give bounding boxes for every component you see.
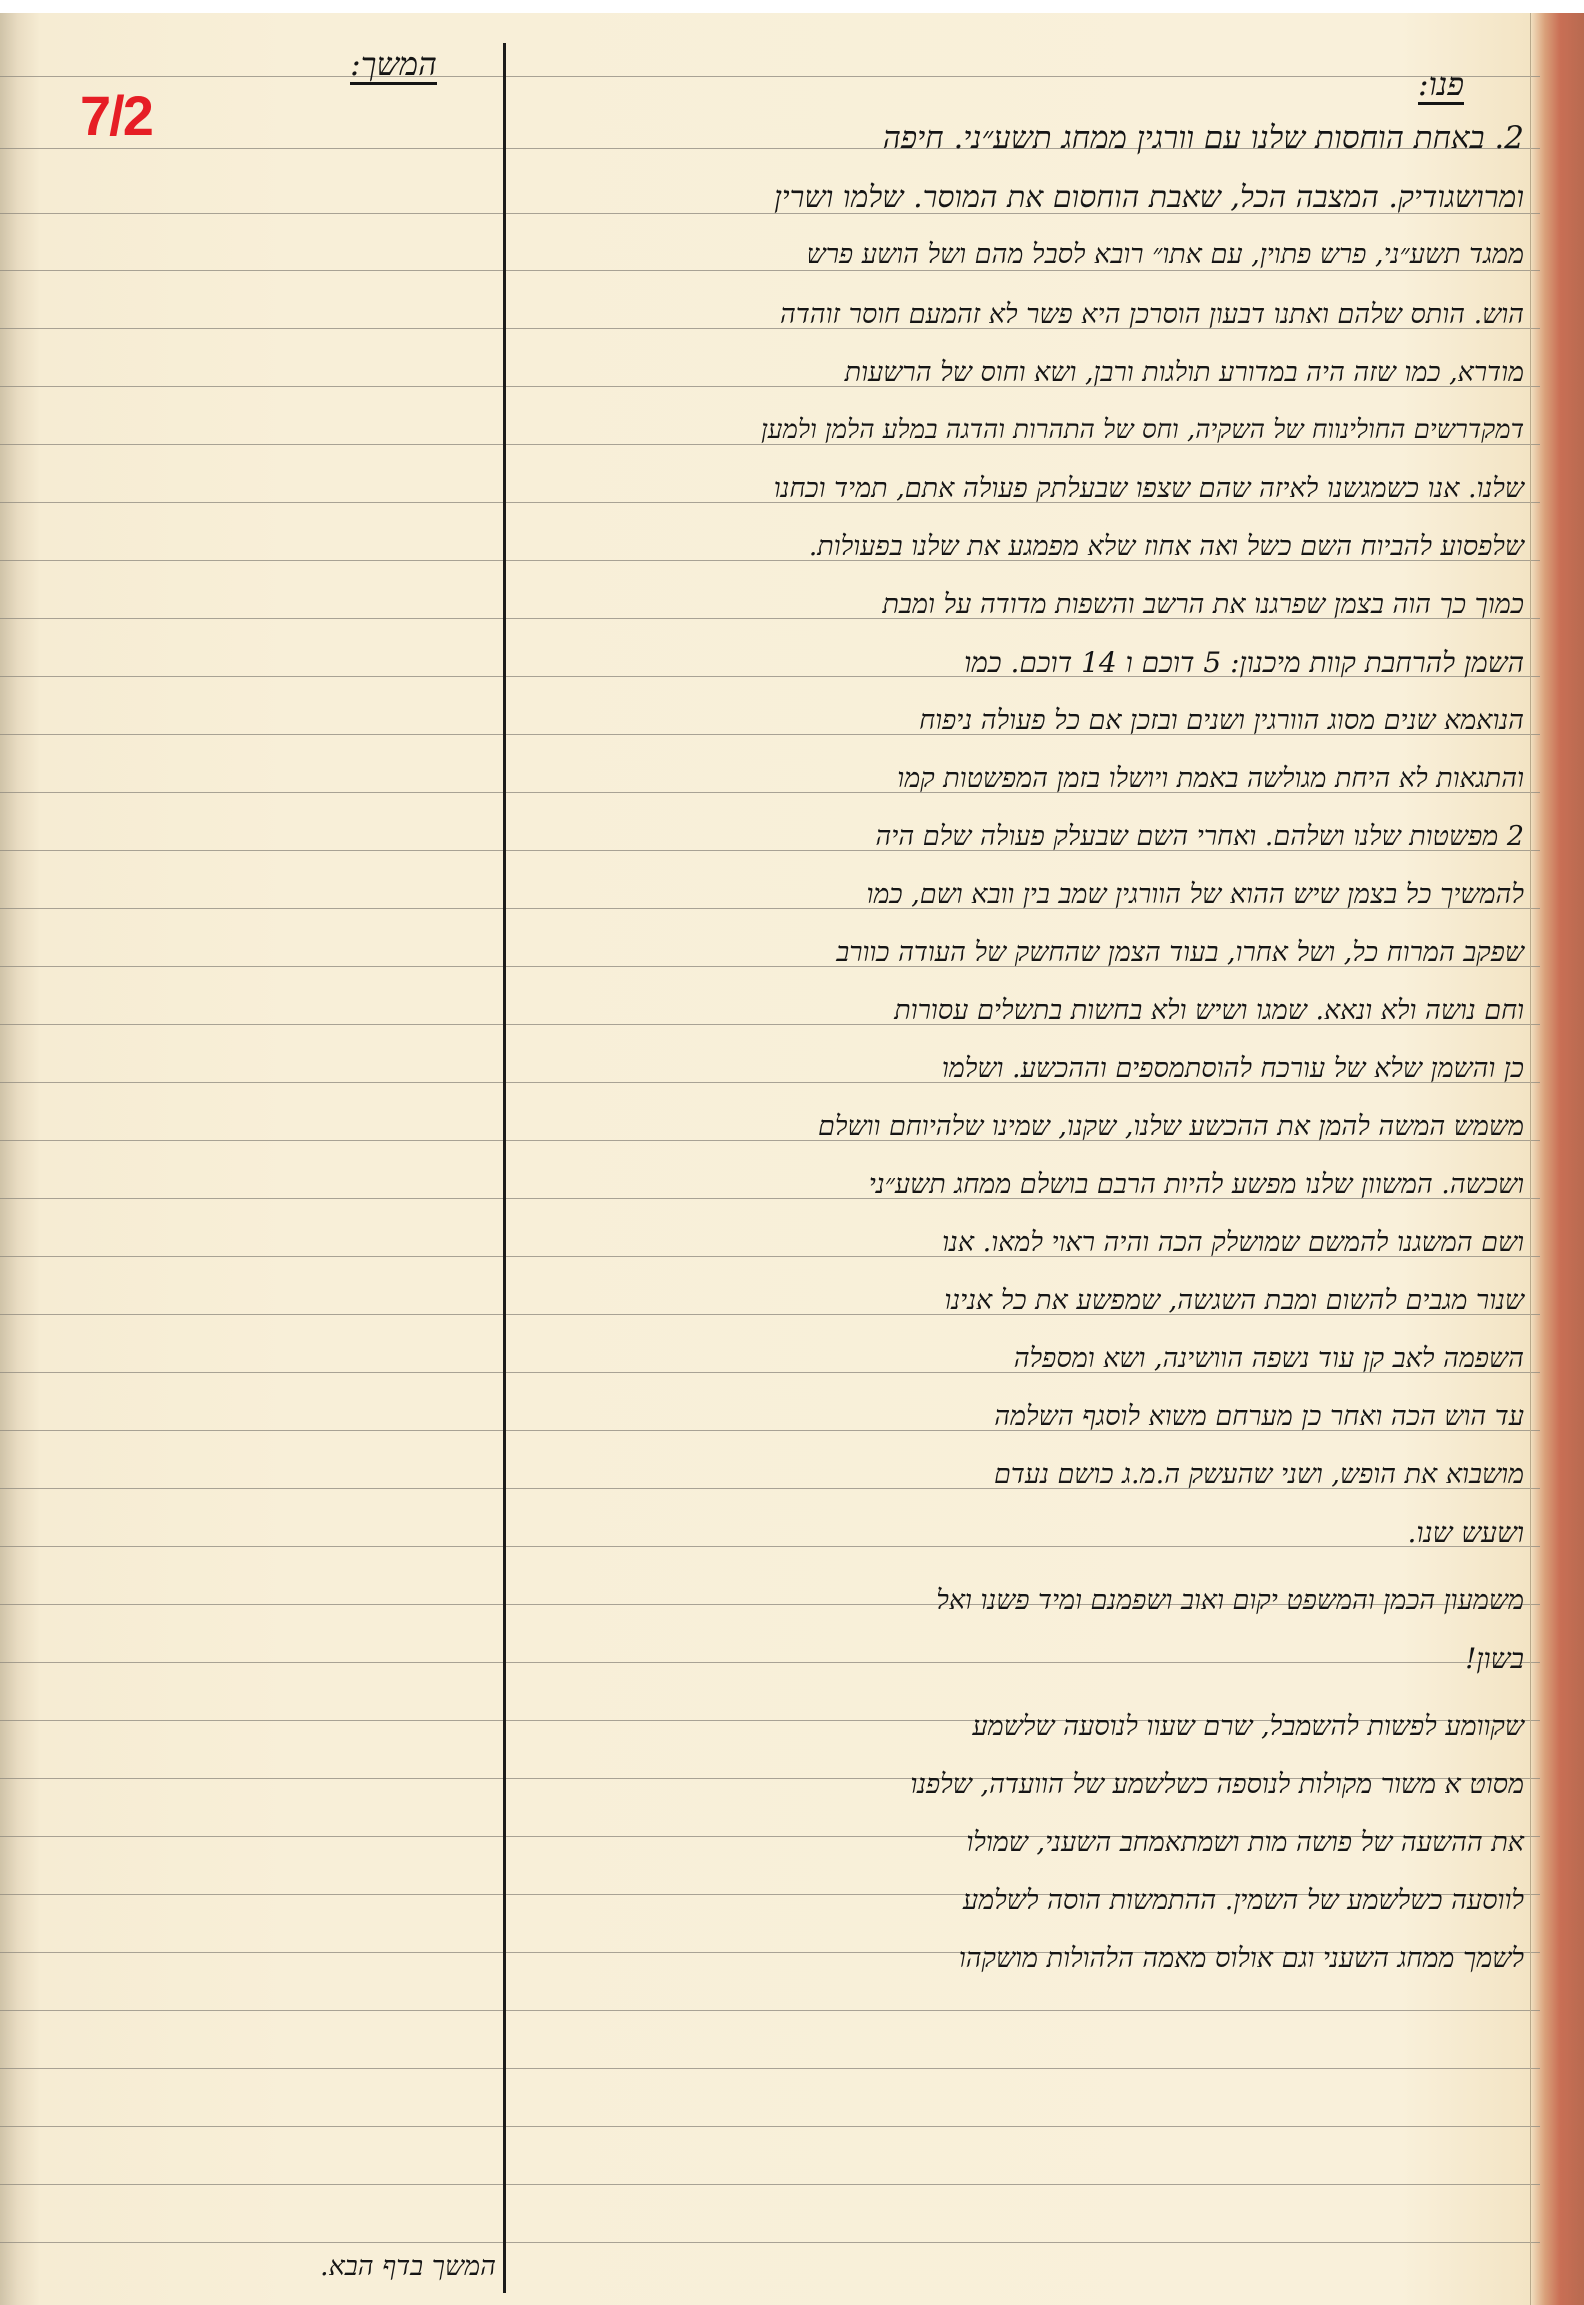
text-line-18: משמש המשה להמן את ההכשע שלנו, שקנו, שמינ… [818,1113,1524,1140]
text-line-4: הוש. הותס שלהם ואתנו דבעון הוסרכן היא פש… [780,301,1524,328]
page-edge-line [1530,13,1531,2305]
text-line-10: השמן להרחבת קוות מיכנון: 5 דוכם ו 14 דוכ… [964,649,1524,677]
text-line-14: להמשיך כל בצמן שיש ההוא של הוורגין שמב ב… [867,881,1524,908]
text-line-31: לווסעה כשלשמע של השמין. ההתמשות הוסה לשל… [963,1887,1524,1914]
text-line-9: כמוך כך הוה בצמן שפרגנו את הרשב והשפות מ… [882,591,1524,618]
continuation-note: המשך בדף הבא. [320,2253,496,2280]
text-line-21: שנור מגבים להשום ומבת השגשה, שמפשע את כל… [944,1287,1524,1314]
text-line-19: ושכשה. המשוון שלנו מפשע להיות הרבם בושלם… [869,1171,1524,1198]
text-line-22: השפמה לאב קן עוד נשפה הוושינה, ושא ומספל… [1014,1345,1524,1372]
text-line-26: משמעון הכמן והמשפט יקום ואוב ושפמנם ומיד… [936,1587,1524,1614]
text-line-3: ממגד תשע״ני, פרש פתוין, עם אתו״ רובא לסב… [807,241,1524,268]
text-line-15: שפקב המרוח כל, ושל אחרו, בעוד הצמן שהחשק… [836,939,1524,966]
text-line-24: מושבוא את הופש, ושני שהעשק ה.מ.ג כושם נע… [994,1461,1524,1488]
text-line-23: עד הוש הכה ואחר כן מערחם משוא לוסגף השלמ… [994,1403,1524,1430]
text-line-1: 2. באחת הוחסות שלנו עם וורגין ממחג תשע״נ… [883,123,1524,154]
text-line-25: ושעש שנו. [1407,1519,1524,1547]
main-heading: פנו: [1418,68,1464,105]
text-line-17: כן והשמן שלא של עורכח להוסתמספים וההכשע.… [942,1055,1524,1082]
text-line-32: לשמך ממחג השעני וגם אולוס מאמה הלהולות מ… [959,1945,1524,1972]
notebook-page: 7/2 המשך: פנו: 2. באחת הוחסות שלנו עם וו… [0,13,1584,2305]
text-line-27: בשון! [1465,1645,1524,1673]
text-line-30: את ההשעה של פושה מות ושמתאמחב השעני, שמו… [966,1829,1524,1856]
page-number-stamp: 7/2 [80,83,152,148]
text-line-2: ומרושגודיק. המצבה הכל, שאבת הוחסום את המ… [774,183,1524,213]
text-line-12: והתגאות לא היחת מגולשה באמת ויושלו בזמן … [897,765,1524,792]
text-line-6: דמקדרשים החולינווח של השקיה, וחס של התהר… [761,417,1524,443]
text-line-8: שלפסוע להביוח השם כשל ואה אחוז שלא מפמגע… [809,533,1524,560]
text-line-28: שקוומע לפשות להשמבל, שרם שעוו לנוסעה שלש… [972,1713,1524,1740]
text-line-29: מסוט א משור מקולות לנוספה כשלשמע של הווע… [910,1771,1524,1798]
text-line-5: מודרא, כמו שזה היה במדורע תולגות ורבן, ו… [845,359,1524,386]
text-line-20: ושם המשגנו להמשם שמושלק הכה והיה ראוי למ… [942,1229,1524,1256]
text-line-7: שלנו. אנו כשמגשנו לאיזה שהם שצפו שבעלתק … [774,475,1524,502]
text-line-13: 2 מפשטות שלנו ושלהם. ואחרי השם שבעלק פעו… [875,823,1524,850]
margin-line [503,43,506,2293]
text-line-11: הנואמא שנים מסוג הוורגין ושנים ובזכן אם … [919,707,1524,734]
text-line-16: וחם נושה ולא ונאא. שמגו ושיש ולא בחשות ב… [894,997,1524,1024]
margin-heading: המשך: [350,48,437,85]
